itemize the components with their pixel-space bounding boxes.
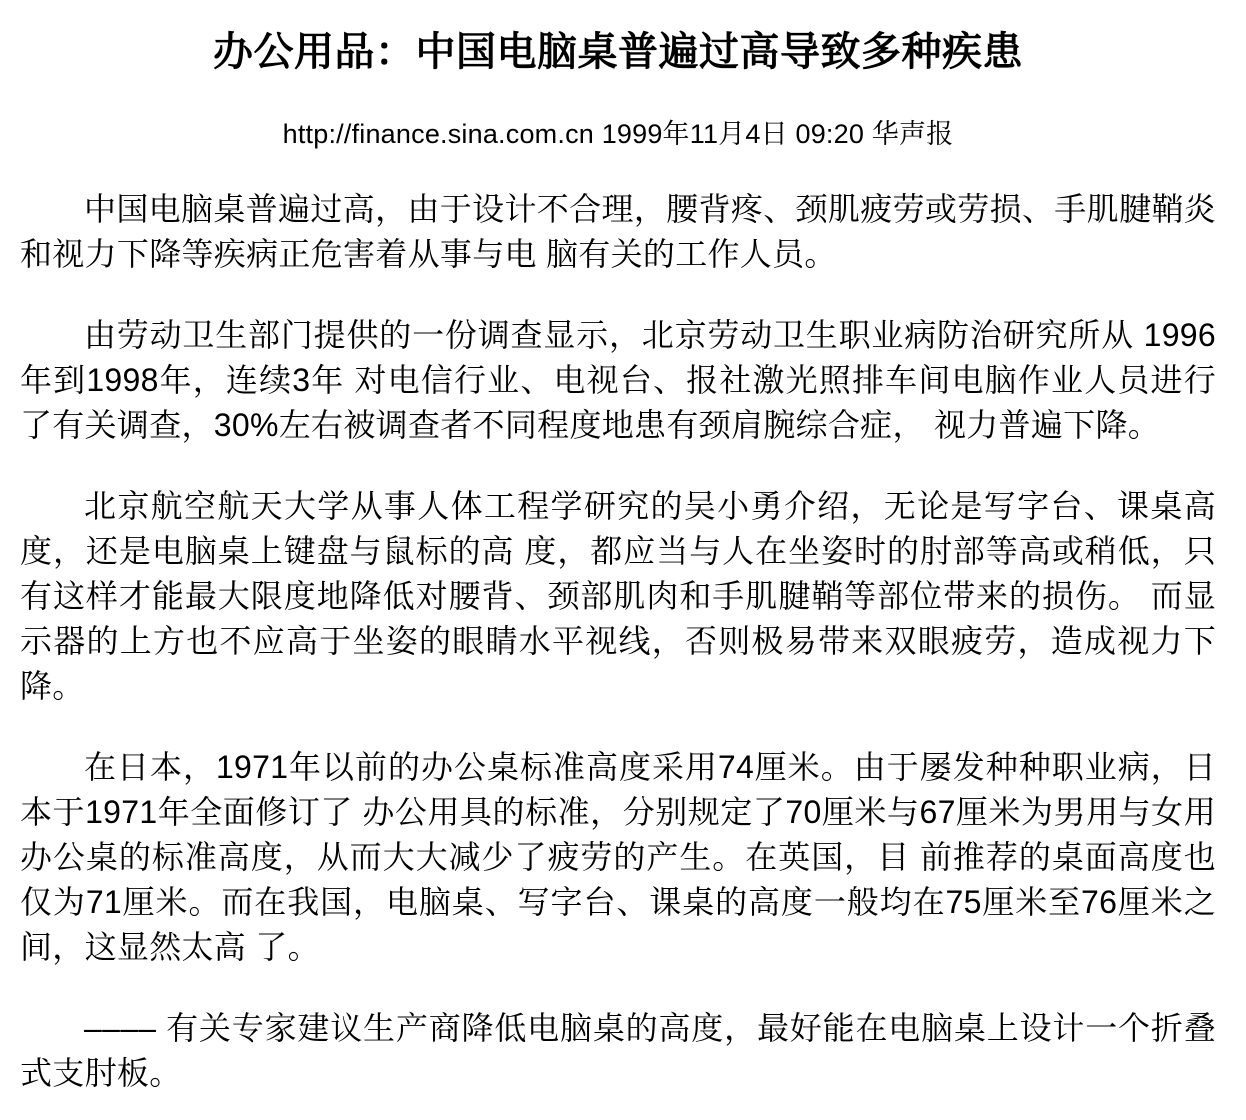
article: 办公用品：中国电脑桌普遍过高导致多种疾患 http://finance.sina… — [0, 0, 1246, 1120]
article-byline: http://finance.sina.com.cn 1999年11月4日 09… — [20, 117, 1216, 151]
article-paragraph-1: 中国电脑桌普遍过高，由于设计不合理，腰背疼、颈肌疲劳或劳损、手肌腱鞘炎和视力下降… — [20, 187, 1216, 277]
article-paragraph-2: 由劳动卫生部门提供的一份调查显示，北京劳动卫生职业病防治研究所从 1996年到1… — [20, 313, 1216, 448]
article-paragraph-4: 在日本，1971年以前的办公桌标准高度采用74厘米。由于屡发种种职业病，日本于1… — [20, 745, 1216, 970]
article-paragraph-5: –––– 有关专家建议生产商降低电脑桌的高度，最好能在电脑桌上设计一个折叠式支肘… — [20, 1006, 1216, 1096]
article-body: 中国电脑桌普遍过高，由于设计不合理，腰背疼、颈肌疲劳或劳损、手肌腱鞘炎和视力下降… — [20, 187, 1216, 1096]
article-paragraph-3: 北京航空航天大学从事人体工程学研究的吴小勇介绍，无论是写字台、课桌高度，还是电脑… — [20, 484, 1216, 709]
article-title: 办公用品：中国电脑桌普遍过高导致多种疾患 — [20, 28, 1216, 76]
